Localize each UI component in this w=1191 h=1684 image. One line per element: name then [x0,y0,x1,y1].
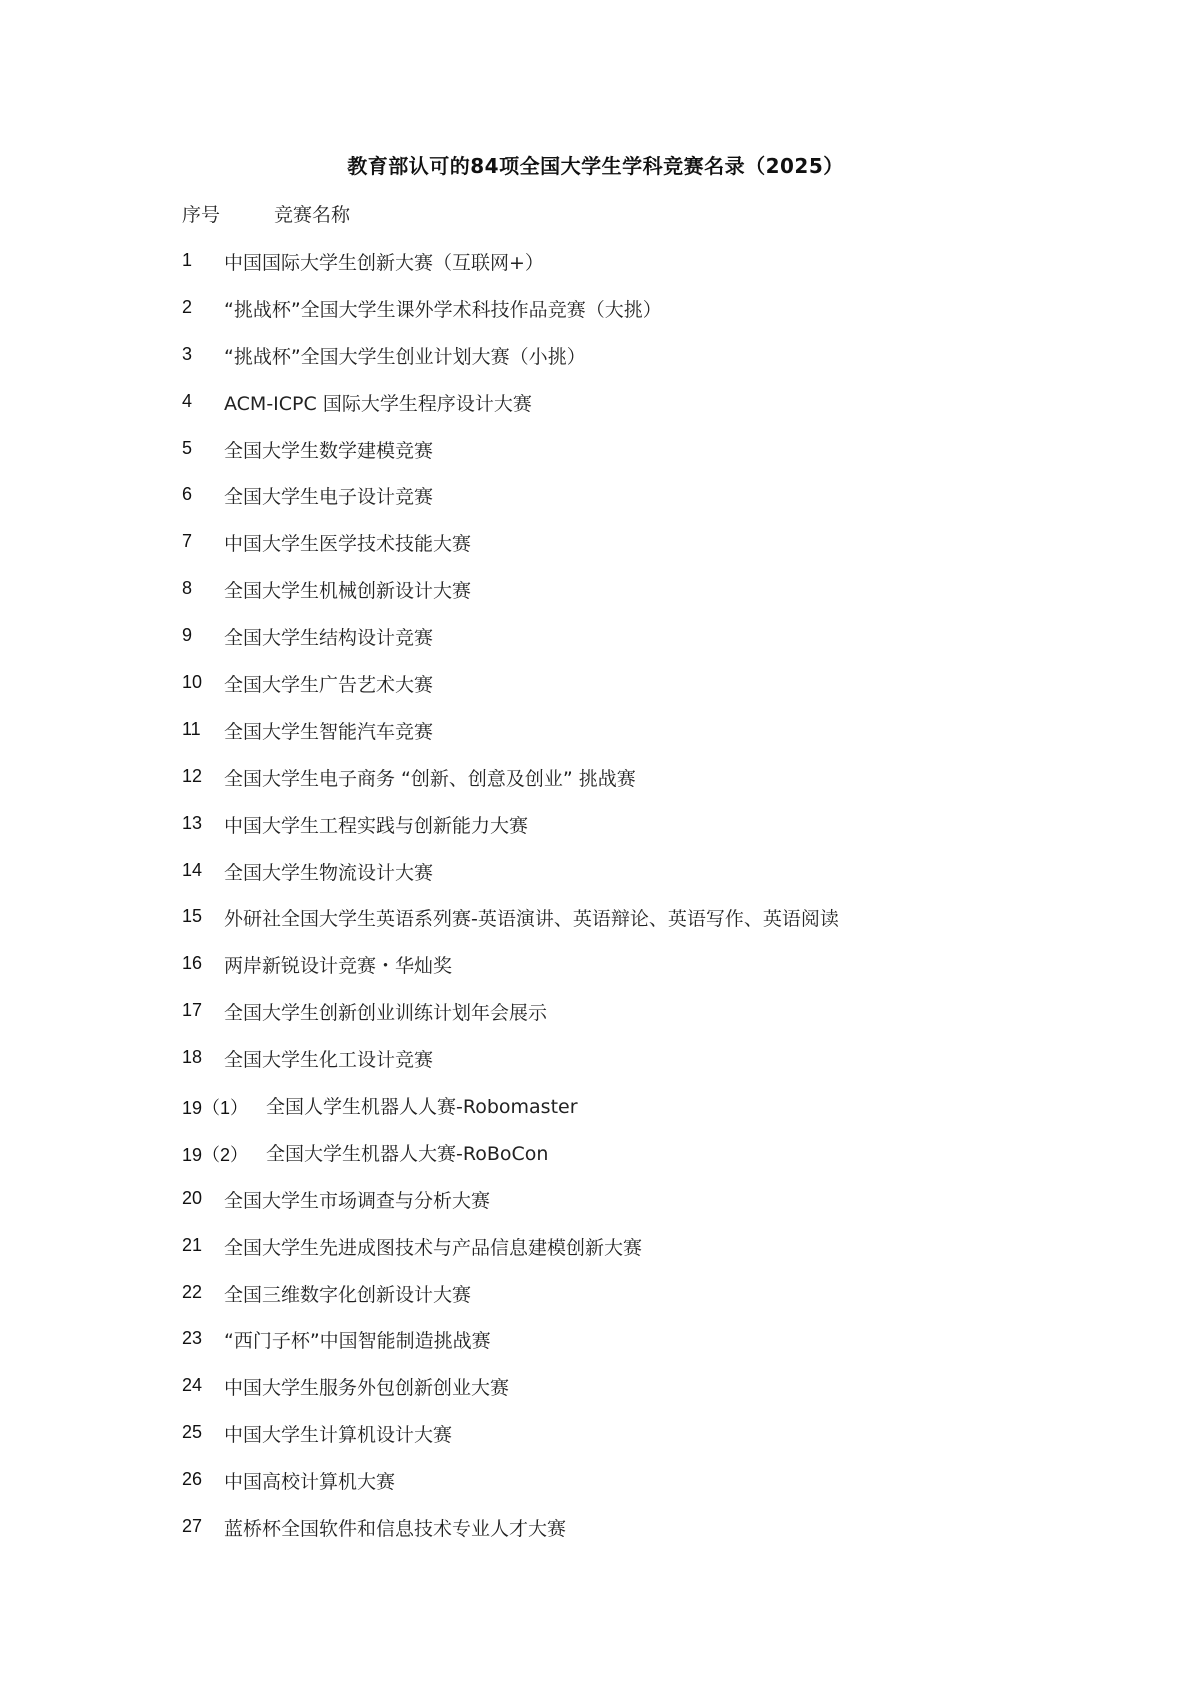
list-item: 18全国大学生化工设计竞赛 [182,1045,839,1092]
list-item: 11全国大学生智能汽车竞赛 [182,717,839,764]
item-index: 8 [182,576,224,599]
item-index: 25 [182,1420,224,1443]
item-index: 1 [182,248,224,271]
item-index: 17 [182,998,224,1021]
column-header-name: 竞赛名称 [274,204,350,226]
item-name: “挑战杯”全国大学生课外学术科技作品竞赛（大挑） [224,295,662,322]
item-index: 19（2） [182,1139,266,1167]
item-name: 中国大学生工程实践与创新能力大赛 [224,811,528,838]
item-name: 蓝桥杯全国软件和信息技术专业人才大赛 [224,1514,566,1541]
list-item: 4ACM-ICPC 国际大学生程序设计大赛 [182,389,839,436]
list-item: 24中国大学生服务外包创新创业大赛 [182,1373,839,1420]
item-index: 22 [182,1280,224,1303]
item-name: 全国大学生机械创新设计大赛 [224,576,471,603]
item-index: 12 [182,764,224,787]
item-name: 中国国际大学生创新大赛（互联网+） [224,248,544,275]
item-index: 19（1） [182,1092,266,1120]
item-name: 全国大学生先进成图技术与产品信息建模创新大赛 [224,1233,642,1260]
list-item: 9全国大学生结构设计竞赛 [182,623,839,670]
item-index: 3 [182,342,224,365]
list-item: 21全国大学生先进成图技术与产品信息建模创新大赛 [182,1233,839,1280]
list-item: 25中国大学生计算机设计大赛 [182,1420,839,1467]
list-item: 10全国大学生广告艺术大赛 [182,670,839,717]
item-name: 全国大学生创新创业训练计划年会展示 [224,998,547,1025]
list-item: 6全国大学生电子设计竞赛 [182,482,839,529]
document-title: 教育部认可的84项全国大学生学科竞赛名录（2025） [0,150,1191,179]
list-item: 17全国大学生创新创业训练计划年会展示 [182,998,839,1045]
item-name: 全国大学生电子商务 “创新、创意及创业” 挑战赛 [224,764,636,791]
list-item: 8全国大学生机械创新设计大赛 [182,576,839,623]
list-item: 19（1）全国人学生机器人人赛-Robomaster [182,1092,839,1139]
list-item: 27蓝桥杯全国软件和信息技术专业人才大赛 [182,1514,839,1561]
list-item: 15外研社全国大学生英语系列赛-英语演讲、英语辩论、英语写作、英语阅读 [182,904,839,951]
item-index: 13 [182,811,224,834]
item-name: 中国大学生服务外包创新创业大赛 [224,1373,509,1400]
item-name: 全国大学生智能汽车竞赛 [224,717,433,744]
item-name: 中国大学生医学技术技能大赛 [224,529,471,556]
item-name: 全国大学生电子设计竞赛 [224,482,433,509]
item-name: 全国大学生机器人大赛-RoBoCon [266,1139,548,1166]
document-page: 教育部认可的84项全国大学生学科竞赛名录（2025） 序号 竞赛名称 1中国国际… [0,0,1191,1684]
item-index: 20 [182,1186,224,1209]
item-index: 18 [182,1045,224,1068]
list-item: 23“西门子杯”中国智能制造挑战赛 [182,1326,839,1373]
item-index: 24 [182,1373,224,1396]
item-name: 全国大学生物流设计大赛 [224,858,433,885]
item-name: 全国人学生机器人人赛-Robomaster [266,1092,578,1119]
item-name: 全国大学生广告艺术大赛 [224,670,433,697]
item-name: “挑战杯”全国大学生创业计划大赛（小挑） [224,342,586,369]
list-item: 20全国大学生市场调查与分析大赛 [182,1186,839,1233]
item-index: 9 [182,623,224,646]
item-name: 两岸新锐设计竞赛・华灿奖 [224,951,452,978]
item-index: 21 [182,1233,224,1256]
list-item: 22全国三维数字化创新设计大赛 [182,1280,839,1327]
item-index: 2 [182,295,224,318]
item-index: 27 [182,1514,224,1537]
list-item: 1中国国际大学生创新大赛（互联网+） [182,248,839,295]
column-header-index: 序号 [182,200,268,227]
list-item: 16两岸新锐设计竞赛・华灿奖 [182,951,839,998]
item-index: 10 [182,670,224,693]
list-item: 13中国大学生工程实践与创新能力大赛 [182,811,839,858]
item-index: 4 [182,389,224,412]
list-item: 14全国大学生物流设计大赛 [182,858,839,905]
item-index: 16 [182,951,224,974]
item-index: 23 [182,1326,224,1349]
list-item: 5全国大学生数学建模竞赛 [182,436,839,483]
item-name: 外研社全国大学生英语系列赛-英语演讲、英语辩论、英语写作、英语阅读 [224,904,839,931]
column-header: 序号 竞赛名称 [182,200,350,227]
item-index: 5 [182,436,224,459]
item-index: 14 [182,858,224,881]
competition-list: 1中国国际大学生创新大赛（互联网+） 2“挑战杯”全国大学生课外学术科技作品竞赛… [182,248,839,1561]
list-item: 2“挑战杯”全国大学生课外学术科技作品竞赛（大挑） [182,295,839,342]
item-name: 全国大学生结构设计竞赛 [224,623,433,650]
list-item: 19（2）全国大学生机器人大赛-RoBoCon [182,1139,839,1186]
item-index: 7 [182,529,224,552]
list-item: 7中国大学生医学技术技能大赛 [182,529,839,576]
item-name: 全国三维数字化创新设计大赛 [224,1280,471,1307]
list-item: 3“挑战杯”全国大学生创业计划大赛（小挑） [182,342,839,389]
item-name: ACM-ICPC 国际大学生程序设计大赛 [224,389,532,416]
item-name: 中国高校计算机大赛 [224,1467,395,1494]
item-index: 6 [182,482,224,505]
item-name: 全国大学生数学建模竞赛 [224,436,433,463]
item-name: 全国大学生市场调查与分析大赛 [224,1186,490,1213]
item-index: 26 [182,1467,224,1490]
item-index: 11 [182,717,224,740]
item-index: 15 [182,904,224,927]
list-item: 26中国高校计算机大赛 [182,1467,839,1514]
item-name: 全国大学生化工设计竞赛 [224,1045,433,1072]
list-item: 12全国大学生电子商务 “创新、创意及创业” 挑战赛 [182,764,839,811]
item-name: 中国大学生计算机设计大赛 [224,1420,452,1447]
item-name: “西门子杯”中国智能制造挑战赛 [224,1326,491,1353]
